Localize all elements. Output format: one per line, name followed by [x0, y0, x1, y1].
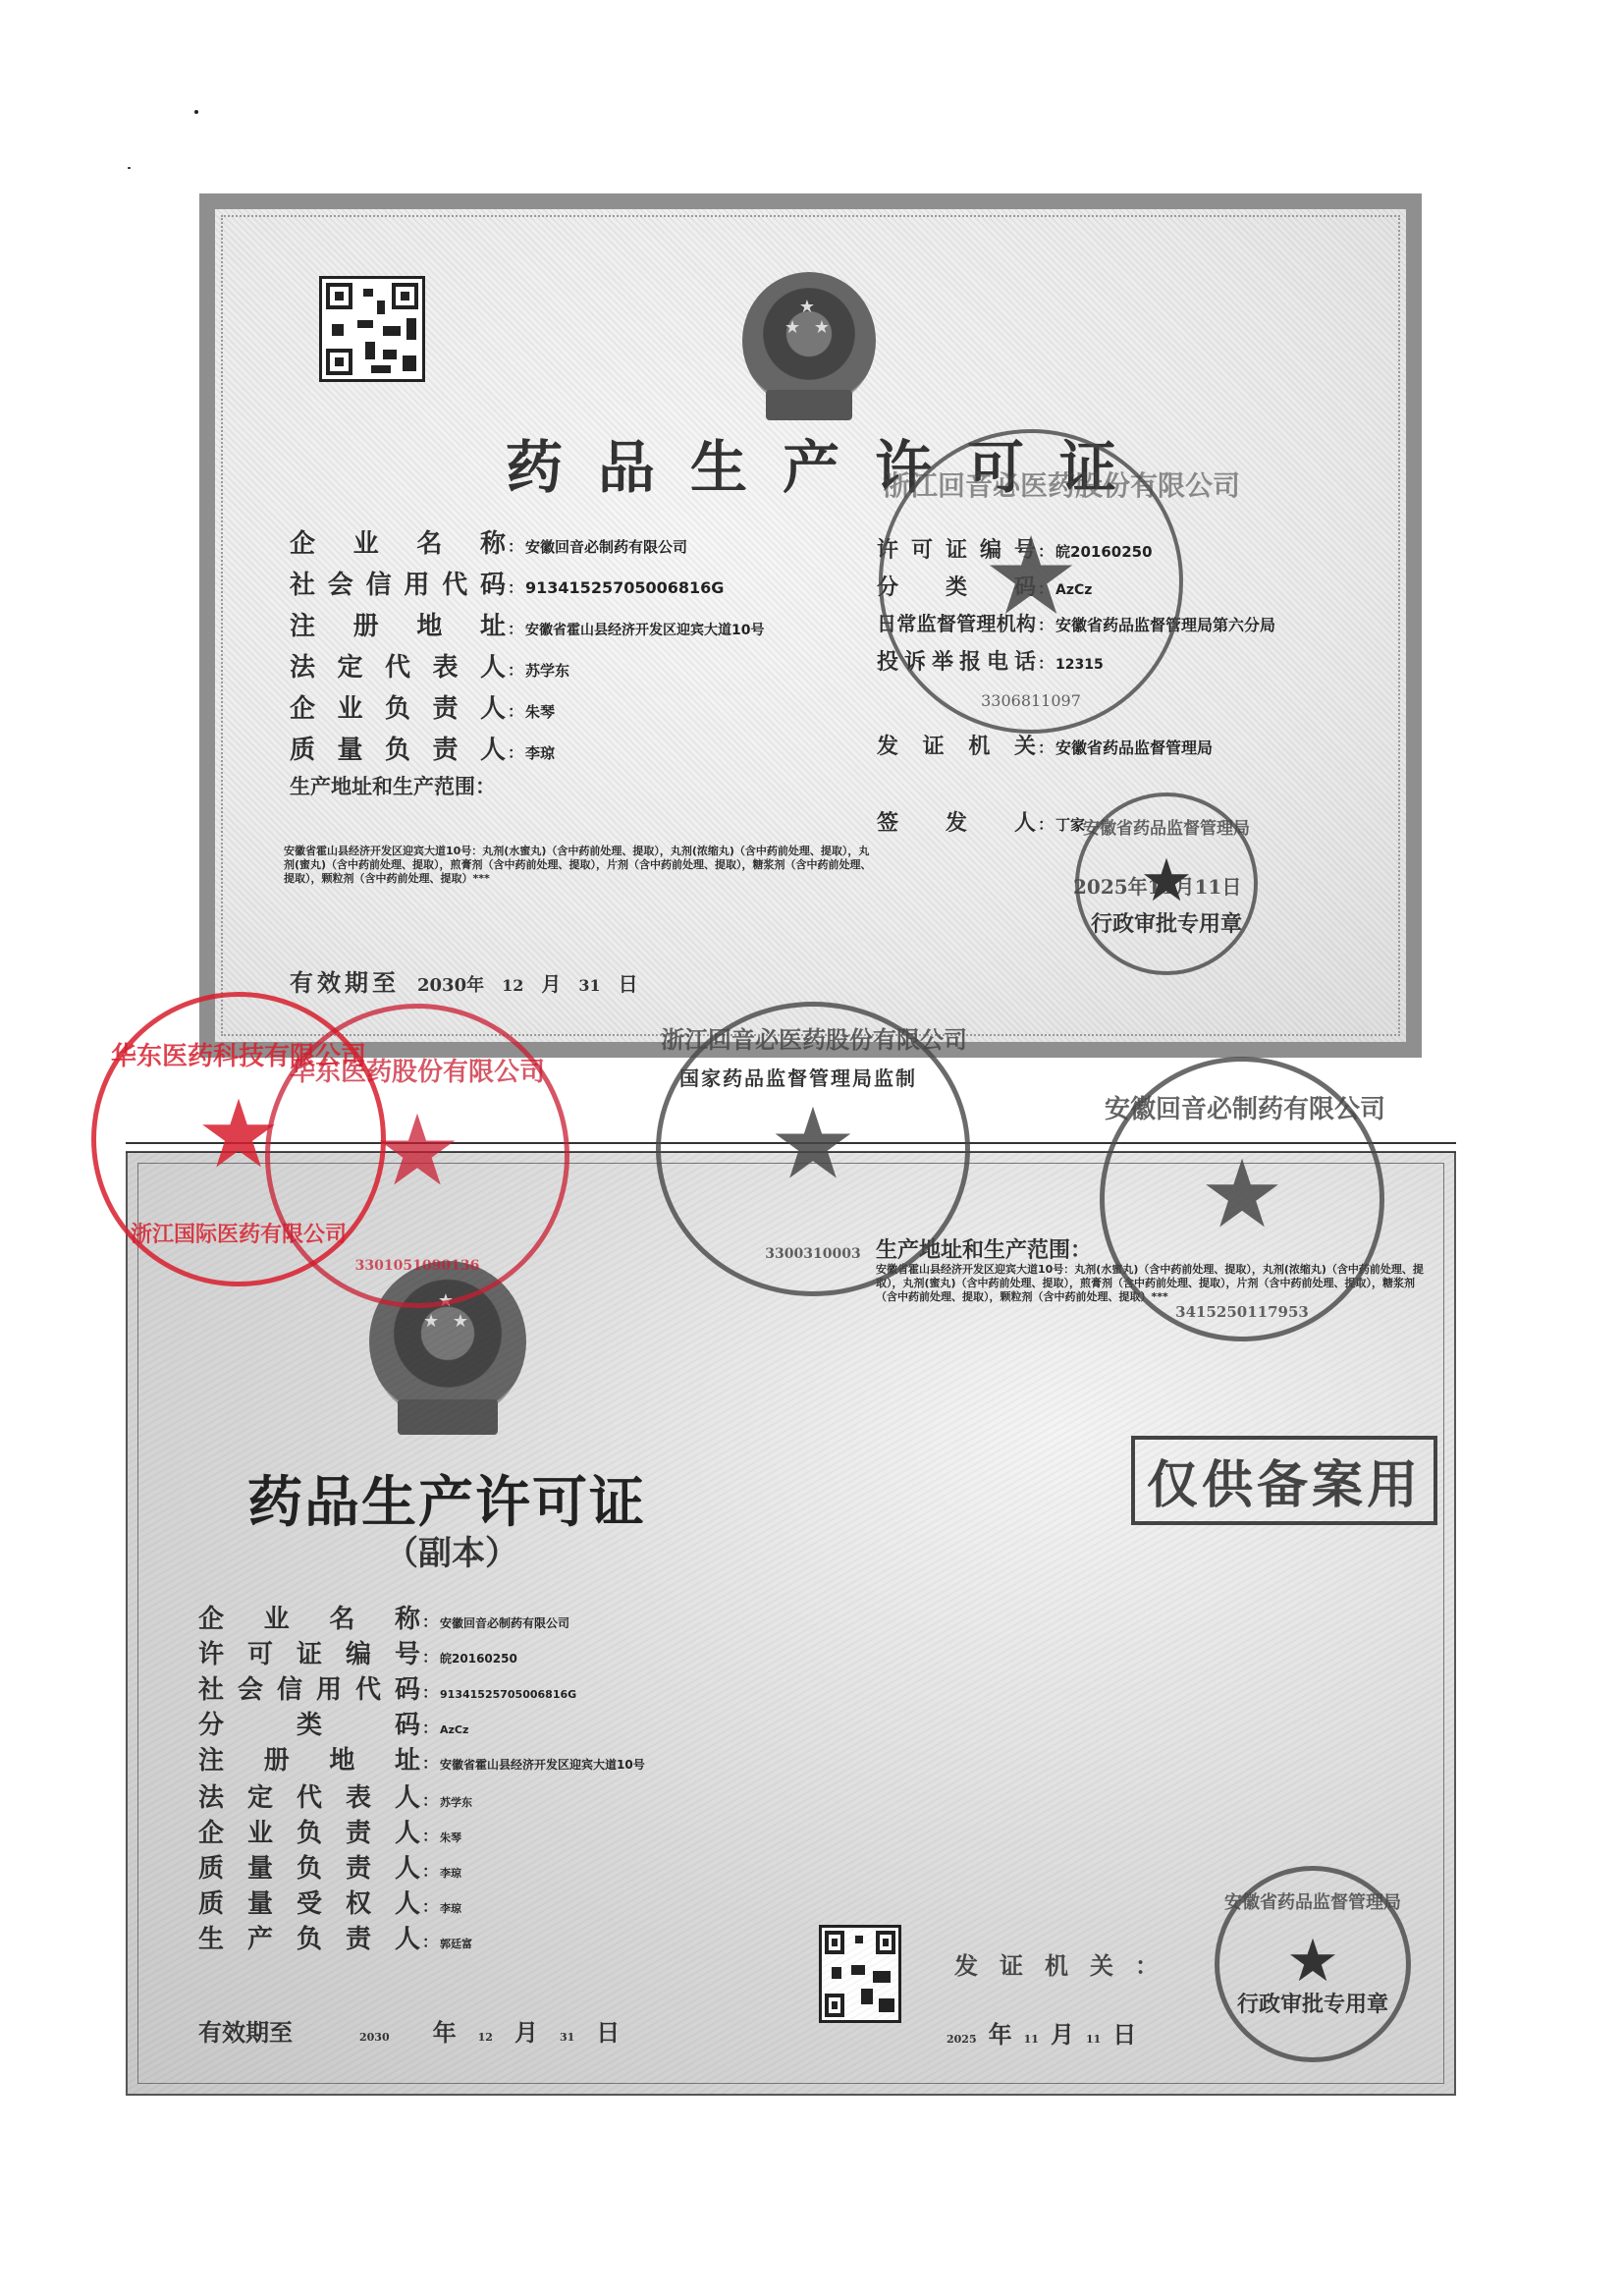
- seal-subtext: 行政审批专用章: [1079, 907, 1254, 938]
- value: 李琼: [440, 1865, 461, 1881]
- label: 质量负责人: [198, 1848, 420, 1885]
- field-credit-code: 社会信用代码： 91341525705006816G: [290, 565, 724, 601]
- validity-label: 有效期至: [290, 963, 400, 998]
- qr-code-icon: [319, 276, 425, 382]
- issue-day: 11: [1086, 2033, 1101, 2046]
- copy-subtitle: （副本）: [385, 1526, 518, 1574]
- label: 许可证编号: [198, 1634, 420, 1670]
- value: 郭廷富: [440, 1936, 472, 1951]
- copy-field-quality-head: 质量负责人： 李琼: [198, 1848, 461, 1885]
- value: AzCz: [440, 1723, 468, 1736]
- company-seal-middle: 浙江回音必医药股份有限公司 ★ 3300310003: [656, 1002, 970, 1296]
- copy-field-license-number: 许可证编号： 皖20160250: [198, 1634, 517, 1670]
- seal-number: 3306811097: [883, 691, 1179, 710]
- seal-number: 3300310003: [661, 1246, 965, 1262]
- seal-number: 3415250117953: [1105, 1303, 1380, 1321]
- copy-validity: 有效期至 2030 年 12 月 31 日: [198, 2013, 620, 2048]
- seal-text: 浙江回音必医药股份有限公司: [661, 1020, 965, 1055]
- copy-field-enterprise-head: 企业负责人： 朱琴: [198, 1813, 461, 1849]
- copy-field-category-code: 分类码： AzCz: [198, 1705, 468, 1741]
- validity-label: 有效期至: [198, 2013, 293, 2048]
- day-unit: 日: [1112, 2015, 1136, 2050]
- month-unit: 月: [541, 968, 561, 997]
- label: 法定代表人: [198, 1777, 420, 1814]
- day-unit: 日: [619, 968, 638, 997]
- seal-text: 安徽省药品监督管理局: [1079, 814, 1254, 839]
- month-unit: 月: [514, 2013, 538, 2048]
- value: 91341525705006816G: [525, 578, 724, 597]
- red-company-seal-right: 华东医药股份有限公司 ★ 3301051090136: [265, 1004, 569, 1308]
- label: 分类码: [198, 1705, 420, 1741]
- field-legal-representative: 法定代表人： 苏学东: [290, 647, 569, 683]
- label: 企业名称: [198, 1599, 420, 1635]
- year-unit: 年: [433, 2013, 457, 2048]
- scan-speck: [128, 167, 131, 169]
- value: 安徽回音必制药有限公司: [525, 536, 687, 557]
- national-emblem-icon: ★★ ★: [742, 272, 876, 410]
- seal-number: 3301051090136: [270, 1258, 565, 1274]
- copy-field-registered-address: 注册地址： 安徽省霍山县经济开发区迎宾大道10号: [198, 1740, 645, 1777]
- issue-month: 11: [1024, 2033, 1039, 2046]
- copy-issuer-label: 发证机关：: [954, 1946, 1180, 1981]
- label: 发证机关: [877, 730, 1036, 760]
- field-issuing-authority: 发证机关： 安徽省药品监督管理局: [877, 730, 1213, 760]
- label: 企业负责人: [198, 1813, 420, 1849]
- label: 注册地址: [290, 606, 506, 642]
- validity-day: 31: [560, 2031, 574, 2044]
- value: 朱琴: [525, 701, 555, 722]
- seal-text: 安徽回音必制药有限公司: [1105, 1089, 1380, 1125]
- scope-text: 安徽省霍山县经济开发区迎宾大道10号：丸剂(水蜜丸)（含中药前处理、提取），丸剂…: [284, 845, 873, 885]
- scan-speck: [194, 110, 198, 114]
- company-seal-right: 安徽回音必制药有限公司 ★ 3415250117953: [1100, 1057, 1384, 1341]
- label: 企业负责人: [290, 688, 506, 725]
- month-unit: 月: [1051, 2015, 1074, 2050]
- field-signer: 签发人： 丁家: [877, 806, 1085, 837]
- validity-month: 12: [478, 2031, 493, 2044]
- value: 91341525705006816G: [440, 1688, 576, 1701]
- seal-text: 华东医药股份有限公司: [270, 1052, 565, 1088]
- field-registered-address: 注册地址： 安徽省霍山县经济开发区迎宾大道10号: [290, 606, 765, 642]
- value: 苏学东: [440, 1794, 472, 1810]
- label: 质量受权人: [198, 1884, 420, 1920]
- filing-only-stamp: 仅供备案用: [1131, 1436, 1437, 1525]
- label: 社会信用代码: [198, 1669, 420, 1706]
- value: 苏学东: [525, 660, 569, 681]
- value: 李琼: [525, 742, 555, 763]
- field-enterprise-head: 企业负责人： 朱琴: [290, 688, 555, 725]
- validity: 有效期至 2030年 12 月 31 日: [290, 963, 638, 998]
- copy-field-production-head: 生产负责人： 郭廷富: [198, 1919, 472, 1955]
- label: 法定代表人: [290, 647, 506, 683]
- copy-field-company-name: 企业名称： 安徽回音必制药有限公司: [198, 1599, 569, 1635]
- field-quality-head: 质量负责人： 李琼: [290, 730, 555, 766]
- field-company-name: 企业名称： 安徽回音必制药有限公司: [290, 523, 687, 560]
- seal-text: 安徽省药品监督管理局: [1219, 1888, 1406, 1914]
- company-seal-top: ★ 浙江回音必医药股份有限公司 3306811097: [879, 429, 1183, 734]
- copy-field-quality-authorized: 质量受权人： 李琼: [198, 1884, 461, 1920]
- label: 生产负责人: [198, 1919, 420, 1955]
- validity-day: 31: [578, 976, 600, 995]
- seal-text: 浙江回音必医药股份有限公司: [883, 465, 1179, 504]
- validity-year: 2030: [359, 2031, 390, 2044]
- admin-approval-seal-1: 安徽省药品监督管理局 ★ 行政审批专用章: [1075, 793, 1258, 975]
- admin-approval-seal-2: 安徽省药品监督管理局 ★ 行政审批专用章: [1215, 1866, 1411, 2062]
- label: 注册地址: [198, 1740, 420, 1777]
- seal-subtext: 行政审批专用章: [1219, 1988, 1406, 2018]
- value: 安徽省霍山县经济开发区迎宾大道10号: [440, 1756, 645, 1773]
- validity-year: 2030年: [417, 971, 484, 997]
- label: 签发人: [877, 806, 1036, 837]
- year-unit: 年: [989, 2015, 1012, 2050]
- value: 安徽省药品监督管理局: [1055, 736, 1213, 758]
- validity-month: 12: [502, 976, 523, 995]
- copy-field-legal-representative: 法定代表人： 苏学东: [198, 1777, 472, 1814]
- value: 朱琴: [440, 1830, 461, 1845]
- value: 李琼: [440, 1900, 461, 1916]
- label: 质量负责人: [290, 730, 506, 766]
- copy-issue-date: 2025 年 11 月 11 日: [947, 2015, 1136, 2050]
- qr-code-icon: [819, 1925, 901, 2023]
- issue-year: 2025: [947, 2033, 977, 2046]
- scope-heading: 生产地址和生产范围：: [290, 771, 496, 800]
- label: 企业名称: [290, 523, 506, 560]
- label: 社会信用代码: [290, 565, 506, 601]
- day-unit: 日: [596, 2013, 620, 2048]
- value: 安徽省霍山县经济开发区迎宾大道10号: [525, 620, 764, 639]
- value: 安徽回音必制药有限公司: [440, 1614, 569, 1631]
- value: 皖20160250: [440, 1650, 517, 1667]
- copy-field-credit-code: 社会信用代码： 91341525705006816G: [198, 1669, 576, 1706]
